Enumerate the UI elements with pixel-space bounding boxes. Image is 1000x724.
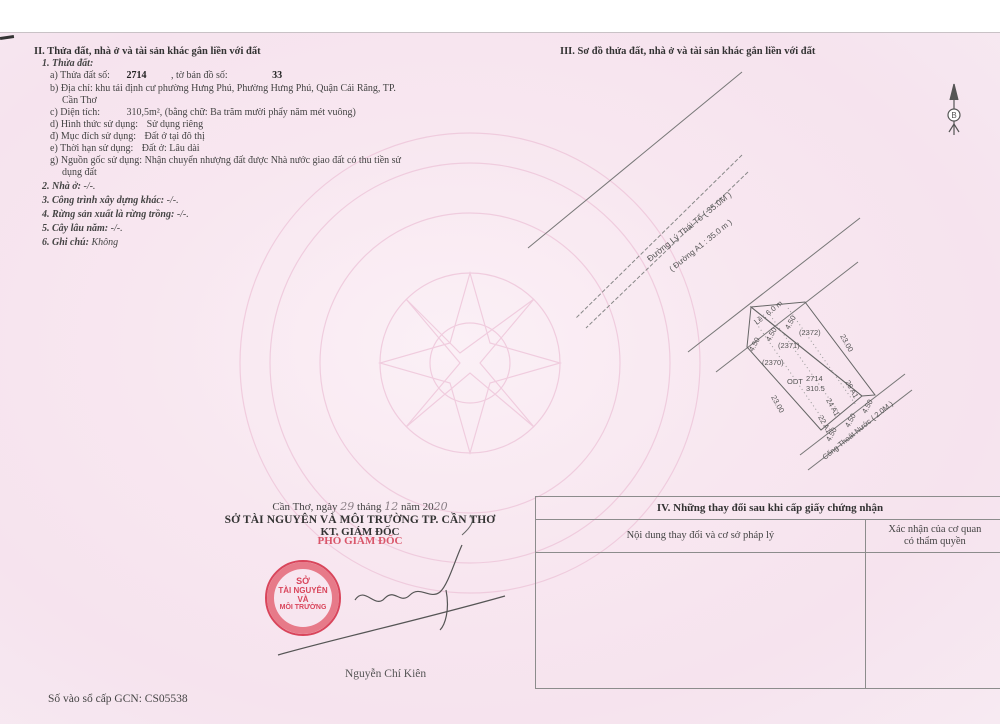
- purpose-line: đ) Mục đích sử dụng: Đất ở tại đô thị: [50, 131, 205, 142]
- usage-form-label: d) Hình thức sử dụng:: [50, 119, 138, 130]
- column-authority-confirmation: Xác nhận của cơ quan có thẩm quyền: [865, 520, 1000, 553]
- term-value: Đất ở: Lâu dài: [142, 143, 200, 154]
- issue-year: 20: [434, 500, 448, 513]
- address-value-1: khu tái định cư phường Hưng Phú, Phường …: [95, 83, 396, 94]
- authority-confirmation-cell: [865, 553, 1000, 689]
- gcn-registry-number: Số vào sổ cấp GCN: CS05538: [48, 693, 188, 705]
- signature-block: Cần Thơ, ngày 29 tháng 12 năm 2020 SỞ TÀ…: [210, 500, 510, 547]
- area-line: c) Diện tích: 310,5m², (bằng chữ: Ba tră…: [50, 107, 356, 118]
- parcel-label: a) Thửa đất số:: [50, 70, 110, 81]
- usage-form-value: Sử dụng riêng: [147, 119, 204, 130]
- purpose-value: Đất ở tại đô thị: [144, 131, 204, 142]
- area-value: 310,5m², (bằng chữ: Ba trăm mười phẩy nă…: [126, 107, 355, 118]
- section-3-title: III. Sơ đồ thửa đất, nhà ở và tài sản kh…: [560, 46, 815, 57]
- section-4-title: IV. Những thay đổi sau khi cấp giấy chứn…: [536, 497, 1000, 520]
- column-change-content: Nội dung thay đổi và cơ sở pháp lý: [536, 520, 866, 553]
- house-item: 2. Nhà ở: -/-.: [42, 181, 95, 192]
- address-line: b) Địa chỉ: khu tái định cư phường Hưng …: [50, 83, 396, 94]
- origin-value-1: Nhận chuyển nhượng đất được Nhà nước gia…: [145, 155, 401, 166]
- issuing-organization: SỞ TÀI NGUYÊN VÀ MÔI TRƯỜNG TP. CẦN THƠ: [210, 514, 510, 526]
- parcel-number: 2714: [126, 70, 146, 81]
- origin-value-2: dụng đất: [62, 167, 97, 178]
- origin-line: g) Nguồn gốc sử dụng: Nhận chuyển nhượng…: [50, 155, 401, 166]
- parcel-line: a) Thửa đất số: 2714 , tờ bản đồ số: 33: [50, 70, 282, 81]
- purpose-label: đ) Mục đích sử dụng:: [50, 131, 136, 142]
- issue-day: 29: [340, 500, 354, 513]
- signer-name: Nguyễn Chí Kiên: [345, 668, 426, 680]
- other-construction-item: 3. Công trình xây dựng khác: -/-.: [42, 195, 179, 206]
- issue-date: Cần Thơ, ngày 29 tháng 12 năm 2020: [210, 500, 510, 513]
- map-label: , tờ bản đồ số:: [171, 70, 228, 81]
- usage-form-line: d) Hình thức sử dụng: Sử dụng riêng: [50, 119, 203, 130]
- change-content-cell: [536, 553, 866, 689]
- official-seal: SỞ TÀI NGUYÊN VÀ MÔI TRƯỜNG: [265, 560, 341, 636]
- area-label: c) Diện tích:: [50, 107, 100, 118]
- perennial-trees-item: 5. Cây lâu năm: -/-.: [42, 223, 123, 234]
- address-value-2: Cần Thơ: [62, 95, 97, 106]
- origin-label: g) Nguồn gốc sử dụng:: [50, 155, 142, 166]
- signer-role-stamp: PHÓ GIÁM ĐỐC: [210, 535, 510, 547]
- issue-month: 12: [384, 500, 398, 513]
- map-number: 33: [272, 70, 282, 81]
- changes-table: IV. Những thay đổi sau khi cấp giấy chứn…: [535, 496, 1000, 689]
- term-line: e) Thời hạn sử dụng: Đất ở: Lâu dài: [50, 143, 200, 154]
- term-label: e) Thời hạn sử dụng:: [50, 143, 133, 154]
- address-label: b) Địa chỉ:: [50, 83, 93, 94]
- land-heading: 1. Thửa đất:: [42, 58, 93, 69]
- screen-top-margin: [0, 0, 1000, 32]
- notes-item: 6. Ghi chú: Không: [42, 237, 118, 248]
- planted-forest-item: 4. Rừng sản xuất là rừng trồng: -/-.: [42, 209, 189, 220]
- section-2-title: II. Thửa đất, nhà ở và tài sản khác gắn …: [34, 46, 261, 57]
